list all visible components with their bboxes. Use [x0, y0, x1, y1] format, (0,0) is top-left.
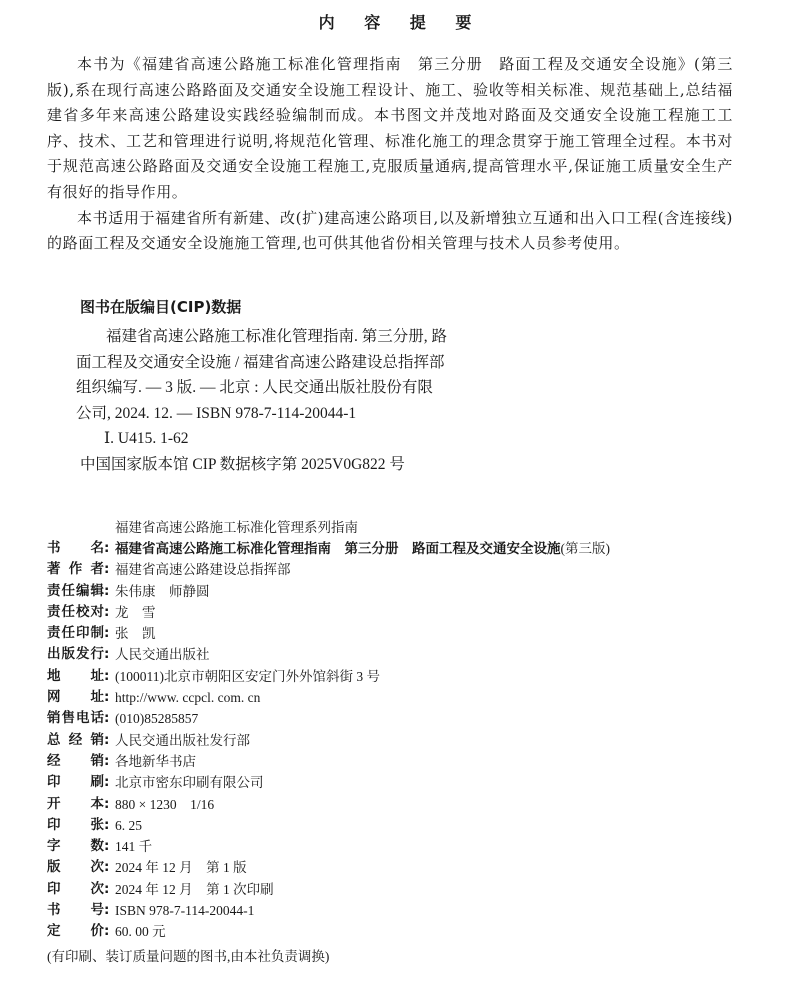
- label-char: 本: [91, 794, 105, 815]
- colophon-value: 人民交通出版社发行部: [115, 730, 250, 751]
- colophon-value: 北京市密东印刷有限公司: [115, 772, 264, 793]
- label-char: 址: [91, 687, 105, 708]
- colon: :: [104, 730, 115, 751]
- label-char: 对: [91, 602, 105, 623]
- label-char: 校: [76, 602, 90, 623]
- label-char: 销: [47, 708, 61, 729]
- colophon-value: 141 千: [115, 836, 152, 857]
- label-char: 电: [76, 708, 90, 729]
- colophon-row: 开本:880 × 1230 1/16: [47, 794, 610, 815]
- colon: :: [104, 879, 115, 900]
- colophon-label: 销售电话: [47, 708, 104, 729]
- label-char: 印: [47, 815, 61, 836]
- colophon-label: 书号: [47, 900, 104, 921]
- label-char: 销: [91, 730, 105, 751]
- colophon-row: 印张:6. 25: [47, 815, 610, 836]
- colophon-label: 责任印制: [47, 623, 104, 644]
- label-char: 次: [91, 857, 105, 878]
- label-char: 次: [91, 879, 105, 900]
- label-char: 制: [91, 623, 105, 644]
- colophon-value: 张 凯: [115, 623, 156, 644]
- label-char: 开: [47, 794, 61, 815]
- cip-line: 福建省高速公路施工标准化管理指南. 第三分册, 路: [80, 324, 440, 350]
- colophon-row: 责任编辑:朱伟康 师静圆: [47, 581, 610, 602]
- colophon-label: 印张: [47, 815, 104, 836]
- label-char: 责: [47, 623, 61, 644]
- colon: :: [104, 559, 115, 580]
- colophon-row: 责任校对:龙 雪: [47, 602, 610, 623]
- label-char: 行: [91, 644, 105, 665]
- colon: :: [104, 794, 115, 815]
- colophon-label: 开本: [47, 794, 104, 815]
- cip-record-number: 中国国家版本馆 CIP 数据核字第 2025V0G822 号: [80, 452, 440, 478]
- colophon-value: 福建省高速公路建设总指挥部: [115, 559, 291, 580]
- colophon-value: 880 × 1230 1/16: [115, 794, 214, 815]
- cip-line: 面工程及交通安全设施 / 福建省高速公路建设总指挥部: [76, 350, 440, 376]
- label-char: 者: [91, 559, 105, 580]
- colophon-value: (010)85285857: [115, 708, 198, 729]
- label-char: 字: [47, 836, 61, 857]
- label-char: 印: [47, 772, 61, 793]
- label-char: 印: [47, 879, 61, 900]
- colon: :: [104, 538, 115, 559]
- colophon-row: 经销:各地新华书店: [47, 751, 610, 772]
- colon: :: [104, 623, 115, 644]
- label-char: 号: [91, 900, 105, 921]
- book-title: 福建省高速公路施工标准化管理指南 第三分册 路面工程及交通安全设施: [115, 541, 561, 557]
- cip-line: 公司, 2024. 12. — ISBN 978-7-114-20044-1: [76, 401, 440, 427]
- abstract-paragraph: 本书适用于福建省所有新建、改(扩)建高速公路项目,以及新增独立互通和出入口工程(…: [47, 206, 733, 257]
- colophon-value: 各地新华书店: [115, 751, 196, 772]
- label-char: 印: [76, 623, 90, 644]
- colophon-label: 总经销: [47, 730, 104, 751]
- colophon-value: 龙 雪: [115, 602, 156, 623]
- colophon-label: 责任编辑: [47, 581, 104, 602]
- colophon-row: 版次:2024 年 12 月 第 1 版: [47, 857, 610, 878]
- colon: :: [104, 581, 115, 602]
- colophon-value: 60. 00 元: [115, 921, 166, 942]
- colon: :: [104, 921, 115, 942]
- colophon-row: 字数:141 千: [47, 836, 610, 857]
- label-char: 话: [91, 708, 105, 729]
- colophon-label: 印刷: [47, 772, 104, 793]
- label-char: 出: [47, 644, 61, 665]
- label-char: 总: [47, 730, 61, 751]
- colophon-label: 书名: [47, 538, 104, 559]
- label-char: 张: [91, 815, 105, 836]
- colophon-row: 印刷:北京市密东印刷有限公司: [47, 772, 610, 793]
- label-char: 版: [62, 644, 76, 665]
- colophon-row: 著作者:福建省高速公路建设总指挥部: [47, 559, 610, 580]
- colon: :: [104, 772, 115, 793]
- colophon-value: 朱伟康 师静圆: [115, 581, 210, 602]
- label-char: 价: [91, 921, 105, 942]
- colophon-value: 2024 年 12 月 第 1 次印刷: [115, 879, 274, 900]
- cip-heading: 图书在版编目(CIP)数据: [80, 296, 241, 317]
- label-char: 发: [76, 644, 90, 665]
- colophon-label: 地址: [47, 666, 104, 687]
- label-char: 名: [91, 538, 105, 559]
- abstract-paragraph: 本书为《福建省高速公路施工标准化管理指南 第三分册 路面工程及交通安全设施》(第…: [47, 52, 733, 206]
- label-char: 售: [62, 708, 76, 729]
- colophon-value: (100011)北京市朝阳区安定门外外馆斜街 3 号: [115, 666, 380, 687]
- label-char: 销: [91, 751, 105, 772]
- colophon-value: 2024 年 12 月 第 1 版: [115, 857, 247, 878]
- label-char: 著: [47, 559, 61, 580]
- colon: :: [104, 857, 115, 878]
- label-char: 辑: [91, 581, 105, 602]
- colophon-label: 经销: [47, 751, 104, 772]
- label-char: 经: [69, 730, 83, 751]
- colophon-row: 出版发行:人民交通出版社: [47, 644, 610, 665]
- cip-classification: Ⅰ. U415. 1-62: [80, 426, 440, 452]
- colophon-label: 版次: [47, 857, 104, 878]
- label-char: 址: [91, 666, 105, 687]
- colophon-value: ISBN 978-7-114-20044-1: [115, 900, 254, 921]
- replacement-note: (有印刷、装订质量问题的图书,由本社负责调换): [47, 945, 329, 965]
- colon: :: [104, 666, 115, 687]
- label-char: 任: [62, 602, 76, 623]
- label-char: 作: [69, 559, 83, 580]
- label-char: 责: [47, 581, 61, 602]
- colophon-row: 定价:60. 00 元: [47, 921, 610, 942]
- colophon-value: 福建省高速公路施工标准化管理指南 第三分册 路面工程及交通安全设施(第三版): [115, 538, 610, 559]
- label-char: 定: [47, 921, 61, 942]
- label-char: 经: [47, 751, 61, 772]
- colon: :: [104, 708, 115, 729]
- colophon-label: 著作者: [47, 559, 104, 580]
- colon: :: [104, 900, 115, 921]
- cip-line: 组织编写. — 3 版. — 北京 : 人民交通出版社股份有限: [76, 375, 440, 401]
- abstract: 本书为《福建省高速公路施工标准化管理指南 第三分册 路面工程及交通安全设施》(第…: [47, 52, 733, 257]
- colophon-label: 网址: [47, 687, 104, 708]
- colon: :: [104, 602, 115, 623]
- colophon-row: 书号:ISBN 978-7-114-20044-1: [47, 900, 610, 921]
- label-char: 任: [62, 623, 76, 644]
- label-char: 任: [62, 581, 76, 602]
- colophon-value: 人民交通出版社: [115, 644, 210, 665]
- label-char: 数: [91, 836, 105, 857]
- label-char: 网: [47, 687, 61, 708]
- colon: :: [104, 836, 115, 857]
- colophon-label: 字数: [47, 836, 104, 857]
- colophon-row: 责任印制:张 凯: [47, 623, 610, 644]
- colophon-row: 网址:http://www. ccpcl. com. cn: [47, 687, 610, 708]
- colon: :: [104, 687, 115, 708]
- cip-data: 福建省高速公路施工标准化管理指南. 第三分册, 路 面工程及交通安全设施 / 福…: [80, 324, 440, 477]
- label-char: 刷: [91, 772, 105, 793]
- label-char: 责: [47, 602, 61, 623]
- label-char: 编: [76, 581, 90, 602]
- colophon-row: 书名:福建省高速公路施工标准化管理指南 第三分册 路面工程及交通安全设施(第三版…: [47, 538, 610, 559]
- label-char: 地: [47, 666, 61, 687]
- colon: :: [104, 751, 115, 772]
- colophon-label: 出版发行: [47, 644, 104, 665]
- label-char: 书: [47, 900, 61, 921]
- label-char: 书: [47, 538, 61, 559]
- colophon-value: 6. 25: [115, 815, 142, 836]
- colophon-value: http://www. ccpcl. com. cn: [115, 687, 260, 708]
- colophon: 书名:福建省高速公路施工标准化管理指南 第三分册 路面工程及交通安全设施(第三版…: [47, 538, 610, 943]
- section-title: 内 容 提 要: [0, 10, 790, 33]
- label-char: 版: [47, 857, 61, 878]
- colophon-row: 销售电话:(010)85285857: [47, 708, 610, 729]
- colon: :: [104, 815, 115, 836]
- colophon-label: 印次: [47, 879, 104, 900]
- edition-note: (第三版): [561, 541, 611, 556]
- colophon-label: 定价: [47, 921, 104, 942]
- colophon-label: 责任校对: [47, 602, 104, 623]
- colophon-row: 总经销:人民交通出版社发行部: [47, 730, 610, 751]
- colon: :: [104, 644, 115, 665]
- series-title: 福建省高速公路施工标准化管理系列指南: [115, 516, 358, 536]
- colophon-row: 印次:2024 年 12 月 第 1 次印刷: [47, 879, 610, 900]
- colophon-row: 地址:(100011)北京市朝阳区安定门外外馆斜街 3 号: [47, 666, 610, 687]
